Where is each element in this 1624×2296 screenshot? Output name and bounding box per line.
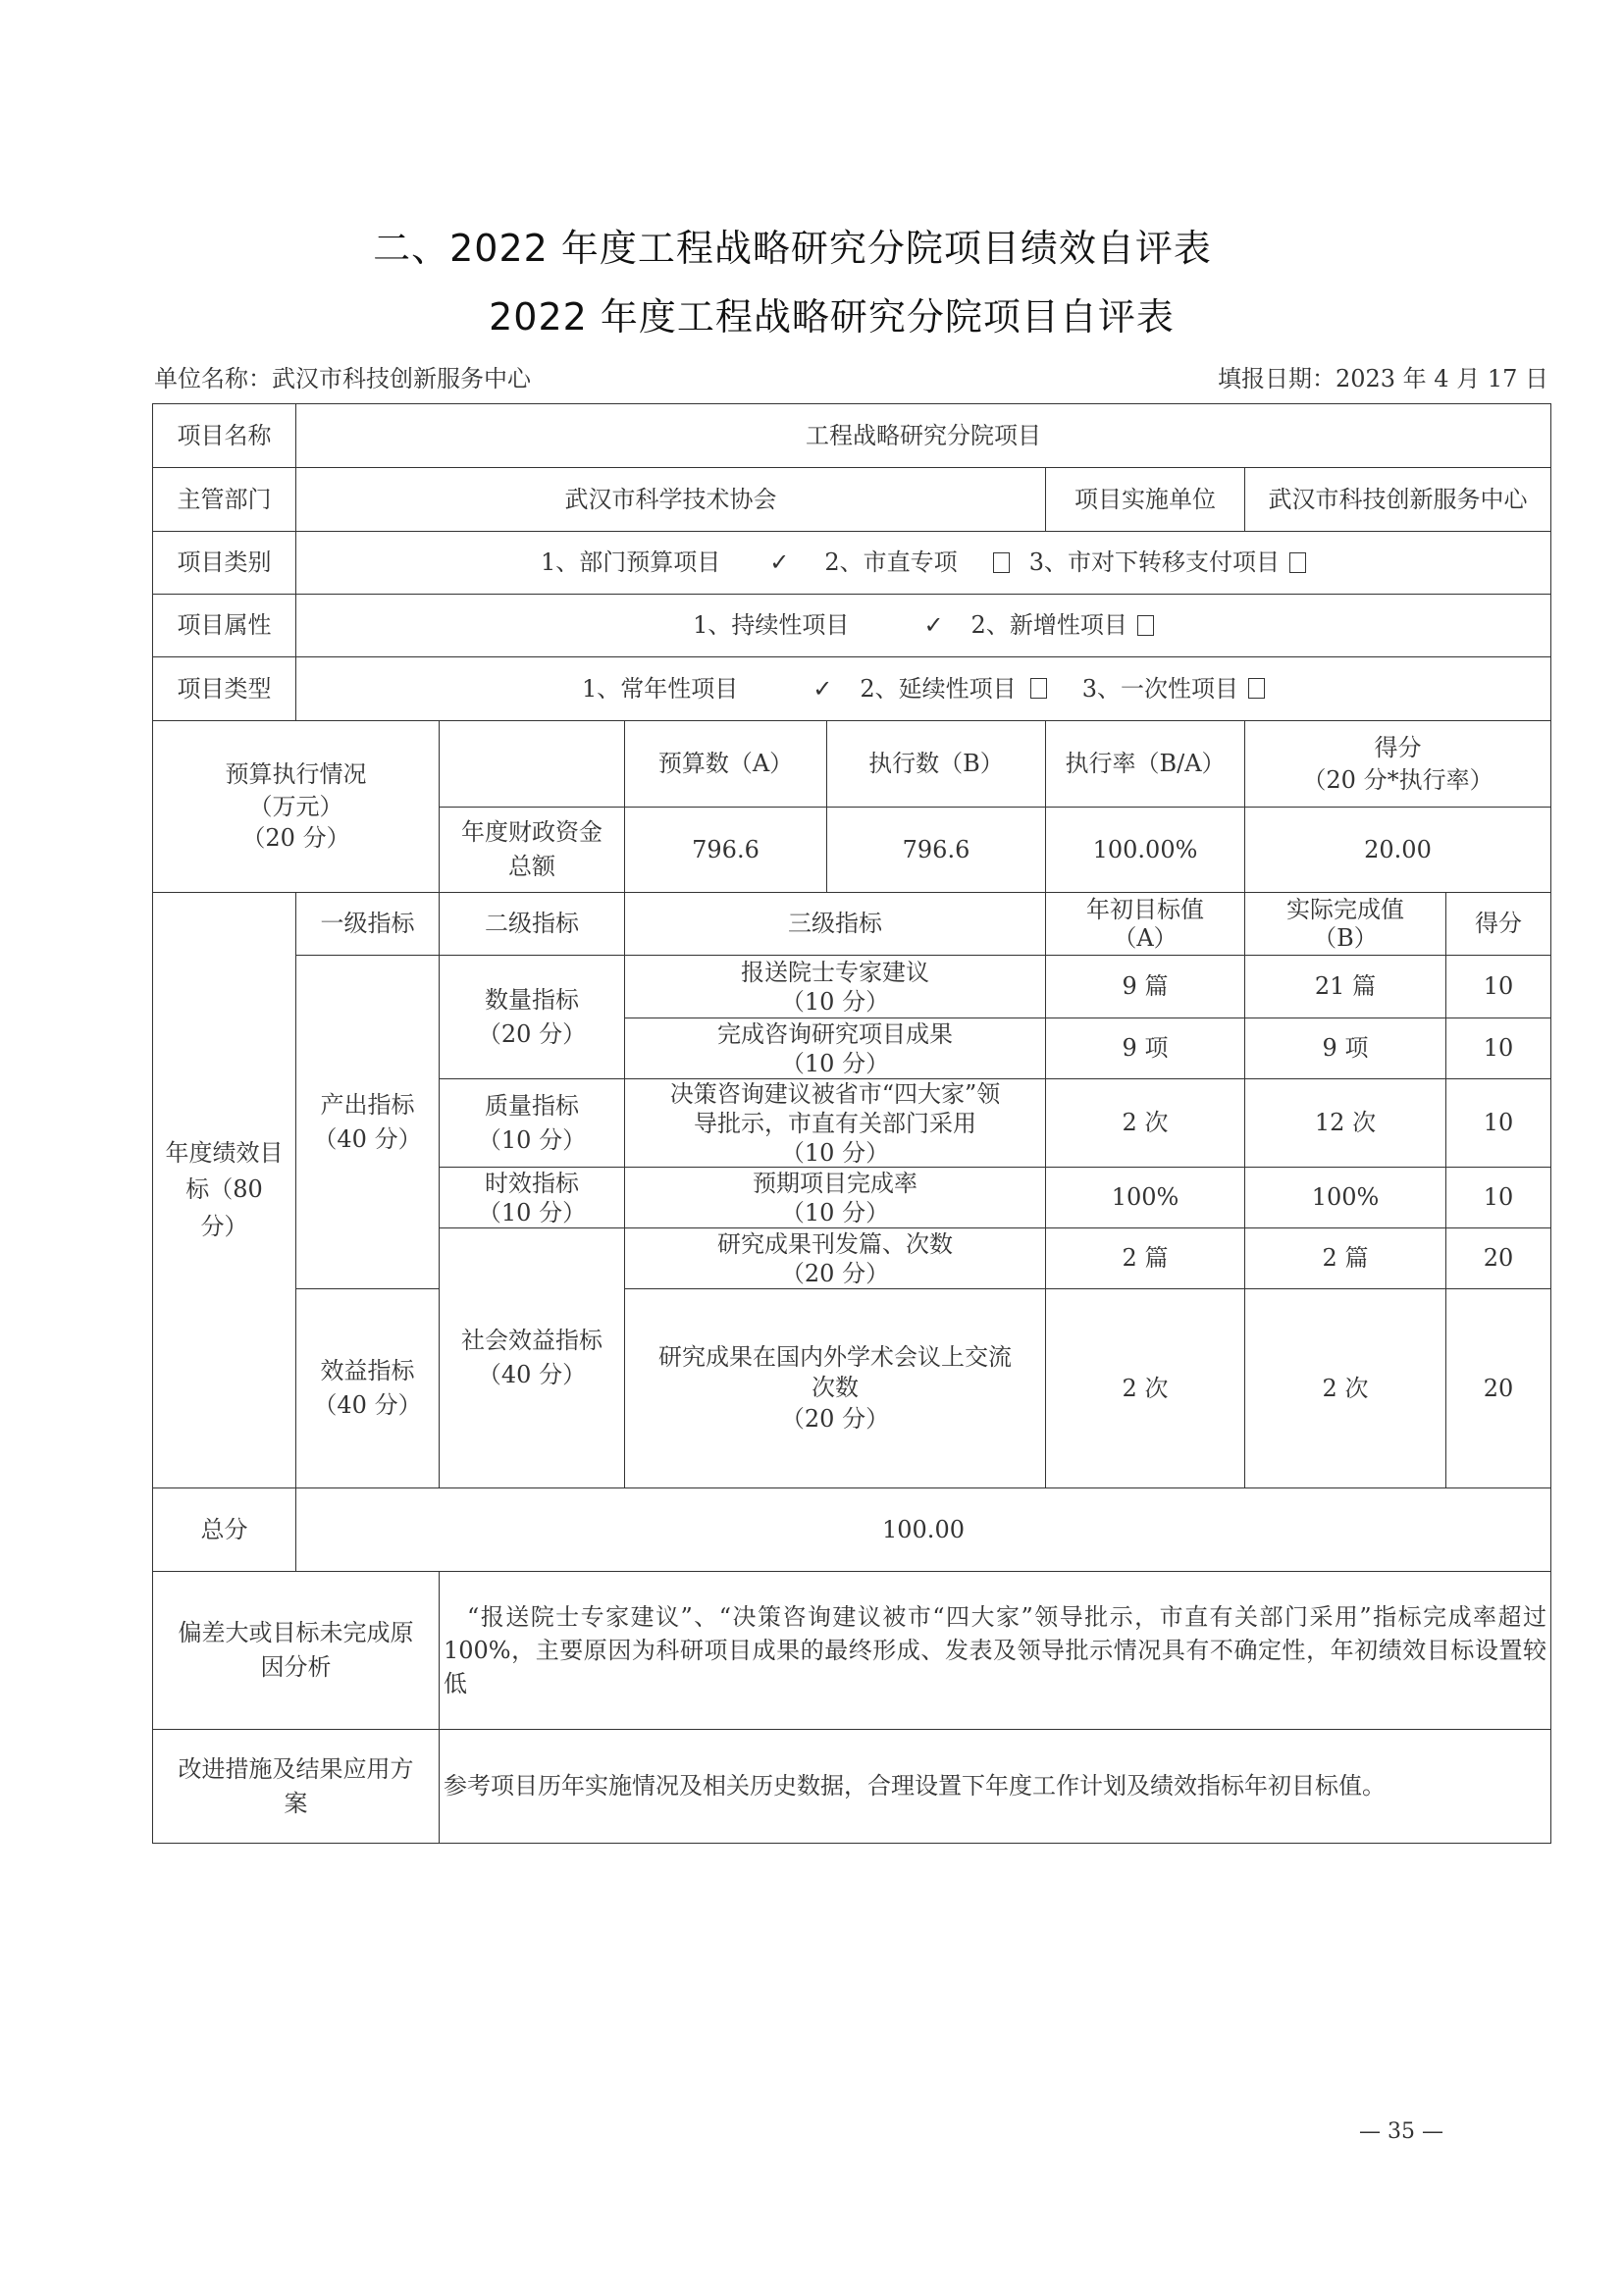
- checkbox-empty-icon: [993, 552, 1010, 573]
- actual-value: 12 次: [1315, 1106, 1376, 1140]
- header-target-label: 年初目标值 （A）: [1086, 896, 1204, 953]
- impl-unit-cell: 武汉市科技创新服务中心: [1244, 467, 1551, 532]
- indicators-section-label-cell: 年度绩效目 标（80 分）: [152, 892, 296, 1488]
- score-cell: 10: [1445, 1167, 1551, 1228]
- budget-header-rate: 执行率（B/A）: [1045, 720, 1245, 808]
- target-value: 9 项: [1123, 1031, 1169, 1066]
- report-date: 填报日期：2023 年 4 月 17 日: [1218, 359, 1548, 393]
- checkbox-empty-icon: [1137, 615, 1154, 636]
- header-score: 得分: [1445, 892, 1551, 956]
- level3-label: 预期项目完成率 （10 分）: [753, 1169, 917, 1227]
- score-value: 10: [1484, 1106, 1514, 1140]
- category-options: 1、部门预算项目 ✓ 2、市直专项 3、市对下转移支付项目: [541, 546, 1306, 580]
- total-value-cell: 100.00: [295, 1487, 1551, 1572]
- score-cell: 20: [1445, 1288, 1551, 1488]
- budget-label-cell: 预算执行情况 （万元） （20 分）: [152, 720, 440, 893]
- budget-header-score: 得分 （20 分*执行率）: [1244, 720, 1551, 808]
- level2-social-benefit: 社会效益指标 （40 分）: [439, 1227, 625, 1488]
- target-value: 2 次: [1123, 1372, 1169, 1406]
- deviation-text-cell: “报送院士专家建议”、“决策咨询建议被市“四大家”领导批示，市直有关部门采用”指…: [439, 1571, 1551, 1730]
- budget-header-rate-label: 执行率（B/A）: [1065, 747, 1225, 781]
- actual-value: 2 篇: [1323, 1241, 1369, 1276]
- score-value: 10: [1484, 1031, 1514, 1066]
- type-label: 项目类型: [178, 672, 272, 706]
- actual-cell: 9 项: [1244, 1018, 1446, 1079]
- impl-unit-value: 武汉市科技创新服务中心: [1269, 483, 1528, 517]
- attribute-options-cell: 1、持续性项目 ✓ 2、新增性项目: [295, 594, 1551, 657]
- budget-header-budget-label: 预算数（A）: [658, 747, 793, 781]
- header-level1: 一级指标: [295, 892, 440, 956]
- target-value: 9 篇: [1123, 969, 1169, 1004]
- level3-label: 研究成果在国内外学术会议上交流 次数 （20 分）: [658, 1342, 1012, 1435]
- actual-value: 2 次: [1323, 1372, 1369, 1406]
- impl-unit-label-cell: 项目实施单位: [1045, 467, 1245, 532]
- target-cell: 100%: [1045, 1167, 1245, 1228]
- improvement-text-cell: 参考项目历年实施情况及相关历史数据，合理设置下年度工作计划及绩效指标年初目标值。: [439, 1729, 1551, 1844]
- category-options-cell: 1、部门预算项目 ✓ 2、市直专项 3、市对下转移支付项目: [295, 531, 1551, 595]
- budget-value: 796.6: [692, 833, 760, 867]
- target-cell: 2 次: [1045, 1078, 1245, 1168]
- target-value: 2 篇: [1123, 1241, 1169, 1276]
- budget-label: 预算执行情况 （万元） （20 分）: [226, 758, 367, 854]
- improvement-label-cell: 改进措施及结果应用方 案: [152, 1729, 440, 1844]
- attribute-options: 1、持续性项目 ✓ 2、新增性项目: [693, 608, 1154, 643]
- level1-benefit-label: 效益指标 （40 分）: [313, 1354, 421, 1423]
- budget-header-executed: 执行数（B）: [826, 720, 1046, 808]
- deviation-label-cell: 偏差大或目标未完成原 因分析: [152, 1571, 440, 1730]
- indicators-section-label: 年度绩效目 标（80 分）: [166, 1135, 284, 1245]
- budget-header-budget: 预算数（A）: [624, 720, 827, 808]
- target-cell: 9 篇: [1045, 955, 1245, 1018]
- score-value: 20: [1484, 1372, 1514, 1406]
- level2-quality: 质量指标 （10 分）: [439, 1078, 625, 1168]
- deviation-label: 偏差大或目标未完成原 因分析: [179, 1616, 414, 1685]
- rate-value-cell: 100.00%: [1045, 807, 1245, 893]
- level3-cell: 报送院士专家建议 （10 分）: [624, 955, 1046, 1018]
- check-icon: ✓: [812, 672, 832, 706]
- type-option-2: 2、延续性项目: [860, 672, 1016, 706]
- header-target: 年初目标值 （A）: [1045, 892, 1245, 956]
- executed-value-cell: 796.6: [826, 807, 1046, 893]
- score-cell: 10: [1445, 1078, 1551, 1168]
- attribute-label: 项目属性: [178, 608, 272, 643]
- level3-label: 决策咨询建议被省市“四大家”领 导批示，市直有关部门采用 （10 分）: [670, 1079, 1001, 1168]
- actual-cell: 2 篇: [1244, 1227, 1446, 1289]
- header-level2: 二级指标: [439, 892, 625, 956]
- actual-cell: 100%: [1244, 1167, 1446, 1228]
- project-name: 工程战略研究分院项目: [806, 419, 1041, 453]
- category-option-3: 3、市对下转移支付项目: [1029, 546, 1280, 580]
- category-option-1: 1、部门预算项目: [541, 546, 720, 580]
- dept-cell: 武汉市科学技术协会: [295, 467, 1046, 532]
- attribute-option-2: 2、新增性项目: [971, 608, 1127, 643]
- project-name-label: 项目名称: [178, 419, 272, 453]
- budget-header-blank: [439, 720, 625, 808]
- unit-name: 单位名称：武汉市科技创新服务中心: [154, 359, 531, 393]
- header-score-label: 得分: [1475, 907, 1522, 941]
- dept-label: 主管部门: [178, 483, 272, 517]
- check-icon: ✓: [923, 608, 943, 643]
- actual-cell: 21 篇: [1244, 955, 1446, 1018]
- actual-cell: 12 次: [1244, 1078, 1446, 1168]
- level3-cell: 研究成果刊发篇、次数 （20 分）: [624, 1227, 1046, 1289]
- improvement-text: 参考项目历年实施情况及相关历史数据，合理设置下年度工作计划及绩效指标年初目标值。: [444, 1769, 1386, 1803]
- rate-value: 100.00%: [1093, 833, 1198, 867]
- level3-cell: 决策咨询建议被省市“四大家”领 导批示，市直有关部门采用 （10 分）: [624, 1078, 1046, 1168]
- header-level3-label: 三级指标: [788, 907, 882, 941]
- check-icon: ✓: [769, 546, 789, 580]
- type-options: 1、常年性项目 ✓ 2、延续性项目 3、一次性项目: [582, 672, 1265, 706]
- level3-label: 完成咨询研究项目成果 （10 分）: [717, 1019, 953, 1078]
- budget-row-label-cell: 年度财政资金 总额: [439, 807, 625, 893]
- level3-cell: 研究成果在国内外学术会议上交流 次数 （20 分）: [624, 1288, 1046, 1488]
- level2-social-benefit-label: 社会效益指标 （40 分）: [461, 1324, 602, 1392]
- actual-value: 21 篇: [1315, 969, 1376, 1004]
- improvement-label: 改进措施及结果应用方 案: [179, 1752, 414, 1821]
- score-value: 10: [1484, 1180, 1514, 1215]
- level1-output-label: 产出指标 （40 分）: [313, 1088, 421, 1157]
- checkbox-empty-icon: [1248, 678, 1265, 699]
- budget-score-cell: 20.00: [1244, 807, 1551, 893]
- dept-label-cell: 主管部门: [152, 467, 296, 532]
- deviation-text: “报送院士专家建议”、“决策咨询建议被市“四大家”领导批示，市直有关部门采用”指…: [444, 1600, 1546, 1700]
- type-option-3: 3、一次性项目: [1082, 672, 1238, 706]
- impl-unit-label: 项目实施单位: [1074, 483, 1216, 517]
- project-name-cell: 工程战略研究分院项目: [295, 403, 1551, 468]
- level2-quantity: 数量指标 （20 分）: [439, 955, 625, 1079]
- category-option-2: 2、市直专项: [824, 546, 957, 580]
- budget-row-label: 年度财政资金 总额: [461, 815, 602, 884]
- attribute-label-cell: 项目属性: [152, 594, 296, 657]
- total-value: 100.00: [882, 1513, 965, 1547]
- score-cell: 10: [1445, 955, 1551, 1018]
- level2-quality-label: 质量指标 （10 分）: [478, 1089, 586, 1158]
- score-cell: 20: [1445, 1227, 1551, 1289]
- level3-cell: 预期项目完成率 （10 分）: [624, 1167, 1046, 1228]
- level2-timeliness: 时效指标 （10 分）: [439, 1167, 625, 1228]
- attribute-option-1: 1、持续性项目: [693, 608, 849, 643]
- actual-value: 100%: [1312, 1180, 1380, 1215]
- header-level3: 三级指标: [624, 892, 1046, 956]
- checkbox-empty-icon: [1289, 552, 1306, 573]
- project-name-label-cell: 项目名称: [152, 403, 296, 468]
- type-option-1: 1、常年性项目: [582, 672, 738, 706]
- target-value: 100%: [1112, 1180, 1179, 1215]
- header-level2-label: 二级指标: [485, 907, 579, 941]
- target-cell: 9 项: [1045, 1018, 1245, 1079]
- level3-label: 报送院士专家建议 （10 分）: [741, 958, 929, 1017]
- level2-timeliness-label: 时效指标 （10 分）: [478, 1169, 586, 1227]
- section-title: 二、2022 年度工程战略研究分院项目绩效自评表: [0, 218, 1604, 272]
- header-actual-label: 实际完成值 （B）: [1286, 896, 1404, 953]
- target-cell: 2 次: [1045, 1288, 1245, 1488]
- target-cell: 2 篇: [1045, 1227, 1245, 1289]
- score-value: 20: [1484, 1241, 1514, 1276]
- header-level1-label: 一级指标: [321, 907, 415, 941]
- total-label: 总分: [201, 1513, 248, 1547]
- checkbox-empty-icon: [1030, 678, 1047, 699]
- budget-header-score-label: 得分 （20 分*执行率）: [1302, 732, 1493, 796]
- type-label-cell: 项目类型: [152, 656, 296, 721]
- header-actual: 实际完成值 （B）: [1244, 892, 1446, 956]
- level1-output: 产出指标 （40 分）: [295, 955, 440, 1289]
- budget-score-value: 20.00: [1364, 833, 1432, 867]
- level2-quantity-label: 数量指标 （20 分）: [478, 983, 586, 1052]
- executed-value: 796.6: [903, 833, 970, 867]
- level3-cell: 完成咨询研究项目成果 （10 分）: [624, 1018, 1046, 1079]
- total-label-cell: 总分: [152, 1487, 296, 1572]
- level1-benefit: 效益指标 （40 分）: [295, 1288, 440, 1488]
- actual-cell: 2 次: [1244, 1288, 1446, 1488]
- table-title: 2022 年度工程战略研究分院项目自评表: [20, 287, 1624, 340]
- category-label-cell: 项目类别: [152, 531, 296, 595]
- actual-value: 9 项: [1323, 1031, 1369, 1066]
- dept-value: 武汉市科学技术协会: [565, 483, 777, 517]
- budget-value-cell: 796.6: [624, 807, 827, 893]
- score-value: 10: [1484, 969, 1514, 1004]
- category-label: 项目类别: [178, 546, 272, 580]
- score-cell: 10: [1445, 1018, 1551, 1079]
- budget-header-executed-label: 执行数（B）: [868, 747, 1004, 781]
- target-value: 2 次: [1123, 1106, 1169, 1140]
- level3-label: 研究成果刊发篇、次数 （20 分）: [717, 1229, 953, 1288]
- page-number: — 35 —: [1359, 2119, 1443, 2144]
- type-options-cell: 1、常年性项目 ✓ 2、延续性项目 3、一次性项目: [295, 656, 1551, 721]
